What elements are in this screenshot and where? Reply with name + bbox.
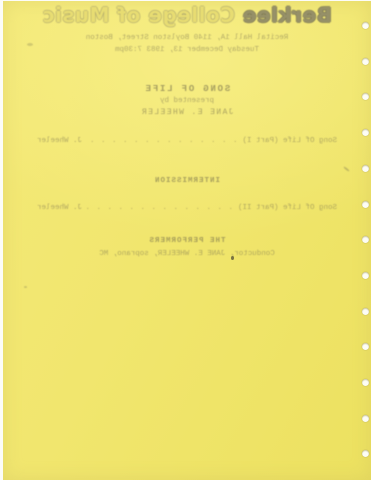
paper-speck <box>27 43 33 46</box>
punch-hole <box>362 22 369 29</box>
punch-hole <box>362 201 369 208</box>
presented-by-label: presented by <box>3 97 371 105</box>
punch-hole <box>362 415 369 422</box>
composer-name: J. Wheeler <box>37 137 82 145</box>
punch-hole <box>362 58 369 65</box>
paper-speck <box>231 256 234 260</box>
performers-line: Conductor, JANE E. WHEELER, soprano, MC <box>3 250 371 258</box>
presenter-name: JANE E. WHEELER <box>3 108 371 117</box>
mirrored-showthrough-content: Berklee College of Music Recital Hall 1A… <box>3 0 371 480</box>
piece-title: Song Of Life (Part I) <box>242 137 337 145</box>
recital-title: SONG OF LIFE <box>3 84 371 94</box>
venue-line: Recital Hall 1A, 1140 Boylston Street, B… <box>3 34 371 42</box>
punch-hole <box>362 379 369 386</box>
intermission-heading: INTERMISSION <box>3 177 371 185</box>
composer-name: J. Wheeler <box>37 204 82 212</box>
logo-words-college-of-music: College of Music <box>42 3 242 27</box>
punch-hole <box>362 272 369 279</box>
performers-heading: THE PERFORMERS <box>3 237 371 245</box>
dot-leader: . . . . . . . . . . . . . . . . . . . . … <box>87 137 237 145</box>
date-line: Tuesday December 13, 1983 7:30pm <box>3 46 371 54</box>
scanned-page: Berklee College of Music Recital Hall 1A… <box>0 0 371 480</box>
piece-title: Song Of Life (Part II) <box>238 204 337 212</box>
paper-speck <box>24 286 27 288</box>
logo-word-berklee: Berklee <box>242 3 331 27</box>
program-line: Song Of Life (Part II) . . . . . . . . .… <box>37 204 337 212</box>
dot-leader: . . . . . . . . . . . . . . . . . . . . … <box>87 204 233 212</box>
punch-hole <box>362 308 369 315</box>
program-line: Song Of Life (Part I) . . . . . . . . . … <box>37 137 337 145</box>
punch-hole <box>362 165 369 172</box>
berklee-logo: Berklee College of Music <box>3 3 371 27</box>
